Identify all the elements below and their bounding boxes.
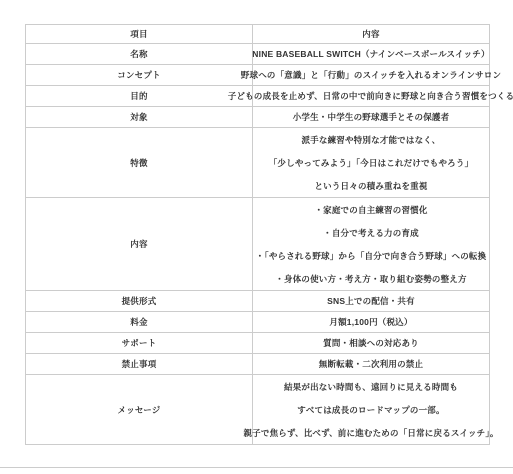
bottom-divider (0, 467, 513, 468)
content-line: ・自分で考える力の育成 (253, 221, 489, 244)
content-line: SNS上での配信・共有 (253, 291, 489, 311)
content-line: ・家庭での自主練習の習慣化 (253, 198, 489, 221)
row-label: 内容 (26, 198, 253, 291)
table-body: 名称 NINE BASEBALL SWITCH（ナインベースボールスイッチ） コ… (26, 44, 490, 445)
page: 項目 内容 名称 NINE BASEBALL SWITCH（ナインベースボールス… (0, 24, 513, 445)
content-line: ・身体の使い方・考え方・取り組む姿勢の整え方 (253, 267, 489, 290)
table-row: 料金 月額1,100円（税込） (26, 312, 490, 333)
content-line: 子どもの成長を止めず、日常の中で前向きに野球と向き合う習慣をつくる (253, 86, 489, 106)
content-line: すべては成長のロードマップの一部。 (253, 398, 489, 421)
row-content: 月額1,100円（税込） (253, 312, 490, 333)
info-table: 項目 内容 名称 NINE BASEBALL SWITCH（ナインベースボールス… (25, 24, 490, 445)
row-content: SNS上での配信・共有 (253, 291, 490, 312)
row-label: メッセージ (26, 375, 253, 445)
row-label: 料金 (26, 312, 253, 333)
row-label: 対象 (26, 107, 253, 128)
content-line: という日々の積み重ねを重視 (253, 174, 489, 197)
row-label: 目的 (26, 86, 253, 107)
table-header-row: 項目 内容 (26, 25, 490, 44)
row-content: 質問・相談への対応あり (253, 333, 490, 354)
table-row: 特徴 派手な練習や特別な才能ではなく、「少しやってみよう」「今日はこれだけでもや… (26, 128, 490, 198)
row-label: コンセプト (26, 65, 253, 86)
row-label: 特徴 (26, 128, 253, 198)
content-line: 結果が出ない時間も、遠回りに見える時間も (253, 375, 489, 398)
row-content: 小学生・中学生の野球選手とその保護者 (253, 107, 490, 128)
header-item-cell: 項目 (26, 25, 253, 44)
content-line: ・「やらされる野球」から「自分で向き合う野球」への転換 (253, 244, 489, 267)
content-line: 質問・相談への対応あり (253, 333, 489, 353)
row-label: サポート (26, 333, 253, 354)
table-row: 対象 小学生・中学生の野球選手とその保護者 (26, 107, 490, 128)
content-line: 派手な練習や特別な才能ではなく、 (253, 128, 489, 151)
table-row: 提供形式 SNS上での配信・共有 (26, 291, 490, 312)
row-label: 禁止事項 (26, 354, 253, 375)
content-line: 月額1,100円（税込） (253, 312, 489, 332)
table-row: サポート 質問・相談への対応あり (26, 333, 490, 354)
row-content: 子どもの成長を止めず、日常の中で前向きに野球と向き合う習慣をつくる (253, 86, 490, 107)
row-content: 野球への「意識」と「行動」のスイッチを入れるオンラインサロン (253, 65, 490, 86)
content-line: 野球への「意識」と「行動」のスイッチを入れるオンラインサロン (253, 65, 489, 85)
row-content: ・家庭での自主練習の習慣化・自分で考える力の育成・「やらされる野球」から「自分で… (253, 198, 490, 291)
content-line: 「少しやってみよう」「今日はこれだけでもやろう」 (253, 151, 489, 174)
content-line: 無断転載・二次利用の禁止 (253, 354, 489, 374)
row-content: 派手な練習や特別な才能ではなく、「少しやってみよう」「今日はこれだけでもやろう」… (253, 128, 490, 198)
content-line: NINE BASEBALL SWITCH（ナインベースボールスイッチ） (253, 44, 489, 64)
table-row: 目的 子どもの成長を止めず、日常の中で前向きに野球と向き合う習慣をつくる (26, 86, 490, 107)
content-line: 小学生・中学生の野球選手とその保護者 (253, 107, 489, 127)
row-content: NINE BASEBALL SWITCH（ナインベースボールスイッチ） (253, 44, 490, 65)
row-label: 名称 (26, 44, 253, 65)
table-row: メッセージ 結果が出ない時間も、遠回りに見える時間もすべては成長のロードマップの… (26, 375, 490, 445)
header-content-cell: 内容 (253, 25, 490, 44)
content-line: 親子で焦らず、比べず、前に進むための「日常に戻るスイッチ」。 (253, 421, 489, 444)
row-content: 結果が出ない時間も、遠回りに見える時間もすべては成長のロードマップの一部。親子で… (253, 375, 490, 445)
table-row: 禁止事項 無断転載・二次利用の禁止 (26, 354, 490, 375)
table-row: コンセプト 野球への「意識」と「行動」のスイッチを入れるオンラインサロン (26, 65, 490, 86)
row-content: 無断転載・二次利用の禁止 (253, 354, 490, 375)
table-row: 名称 NINE BASEBALL SWITCH（ナインベースボールスイッチ） (26, 44, 490, 65)
table-row: 内容 ・家庭での自主練習の習慣化・自分で考える力の育成・「やらされる野球」から「… (26, 198, 490, 291)
row-label: 提供形式 (26, 291, 253, 312)
